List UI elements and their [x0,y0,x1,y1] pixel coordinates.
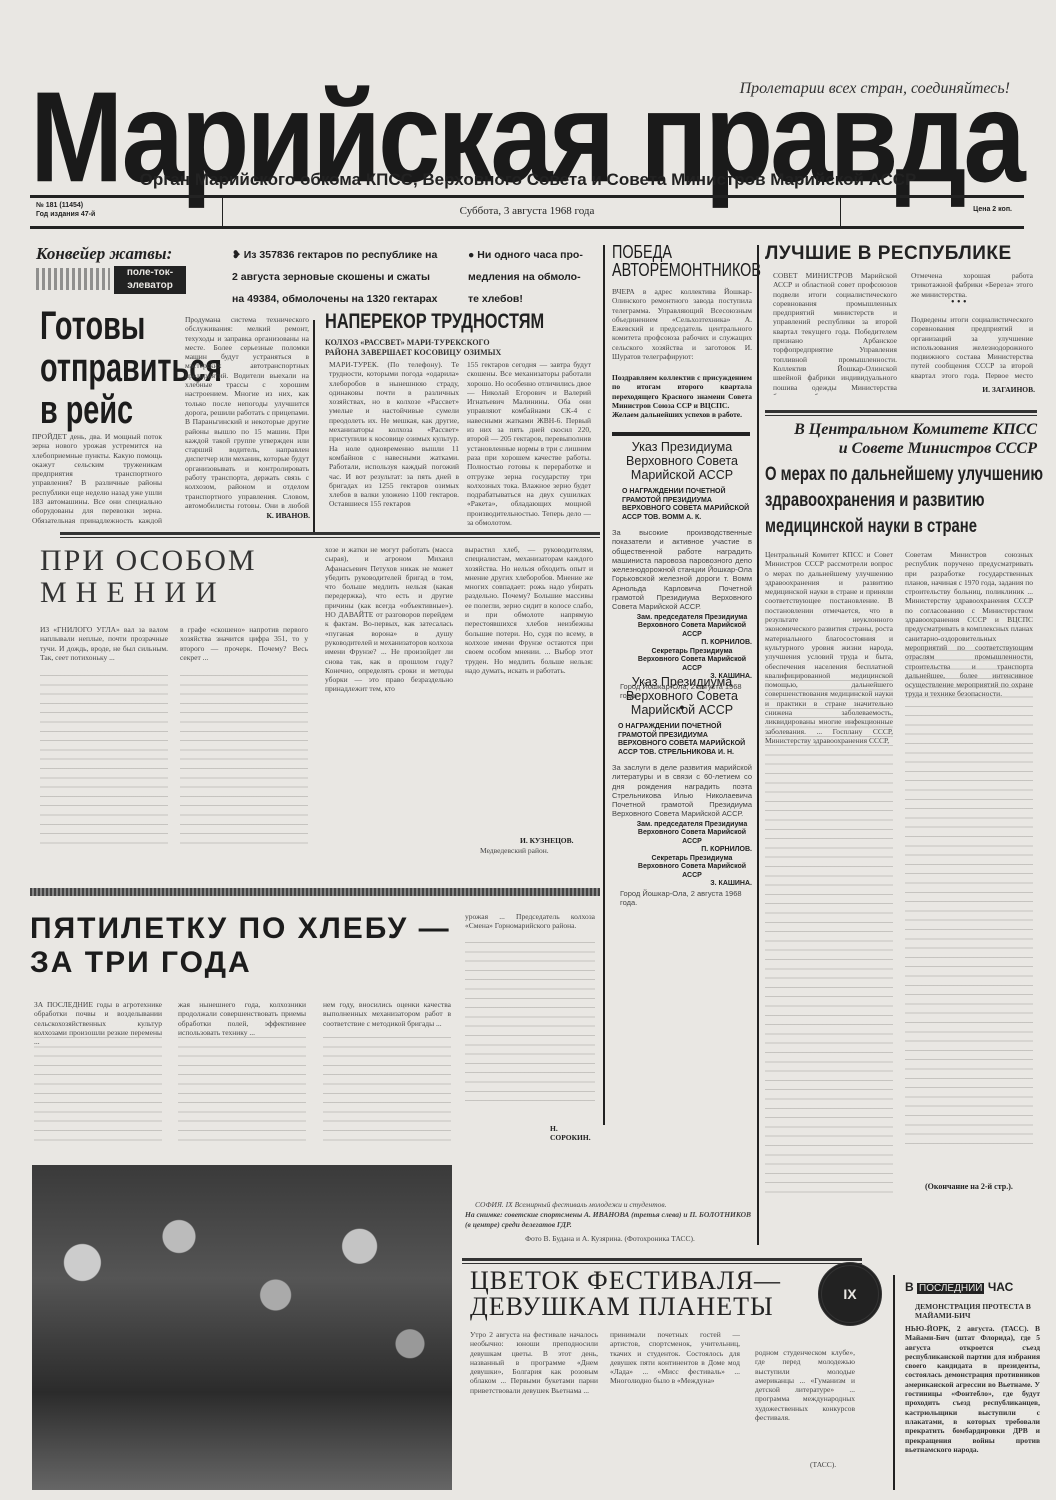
signature-1: Зам. председателя Президиума Верховного … [612,821,752,889]
harvest-slogan: ● Ни одного часа про- медления на обмоло… [468,244,598,310]
article-body: принимали почетных гостей — артистов, сп… [610,1330,740,1470]
harvest-stats: ❥ Из 357836 гектаров по республике на 2 … [232,244,442,310]
masthead-subtitle: Орган Марийского обкома КПСС, Верховного… [0,170,1056,190]
headline: ЛУЧШИЕ В РЕСПУБЛИКЕ [765,243,1035,265]
bullet-icon: ● [468,249,477,261]
article-last-hour: В ПОСЛЕДНИЙ ЧАС ДЕМОНСТРАЦИЯ ПРОТЕСТА В … [905,1280,1040,1474]
article-osobom: ПРИ ОСОБОМ МНЕНИИ ИЗ «ГНИЛОГО УГЛА» вал … [40,545,600,875]
article-tsvetok: ЦВЕТОК ФЕСТИВАЛЯ— ДЕВУШКАМ ПЛАНЕТЫ Утро … [470,1268,860,1488]
signature-1: Зам. председателя Президиума Верховного … [612,614,752,682]
author: Н. СОРОКИН. [550,1124,600,1143]
author: И. КУЗНЕЦОВ. [520,836,574,845]
article-body: ВЧЕРА в адрес коллектива Йошкар-Олинског… [612,287,752,373]
column-divider [603,245,605,1125]
article-body: НЬЮ-ЙОРК, 2 августа. (ТАСС). В Майами-Би… [905,1324,1040,1474]
headline: ДЕМОНСТРАЦИЯ ПРОТЕСТА В МАЙАМИ-БИЧ [915,1302,1040,1320]
author: К. ИВАНОВ. [266,511,310,520]
tass-credit: (ТАСС). [810,1460,836,1469]
author: И. ЗАГАИНОВ. [982,385,1035,394]
divider [462,1258,862,1264]
telegram-quote: Поздравляем коллектив с присуждением по … [612,373,752,410]
dateline-bar: № 181 (11454) Год издания 47-й Суббота, … [30,195,1024,229]
article-cc: В Центральном Комитете КПСС и Совете Мин… [765,420,1037,1210]
article-body: ПРОЙДЕТ день, два. И мощный поток зерна … [32,432,162,524]
article-body: СОВЕТ МИНИСТРОВ Марийской АССР и областн… [773,271,897,395]
closing: Желаем дальнейших успехов в работе. [612,410,752,419]
subheadline: КОЛХОЗ «РАССВЕТ» МАРИ-ТУРЕКСКОГО РАЙОНА … [325,338,525,358]
decree-subtitle: О НАГРАЖДЕНИИ ПОЧЕТНОЙ ГРАМОТОЙ ПРЕЗИДИУ… [618,723,752,757]
festival-emblem-icon: IX [818,1262,882,1326]
section-divider: • • • [951,297,967,308]
article-body: родном студенческом клубе», где перед мо… [755,1348,855,1458]
decree-title: Указ Президиума Верховного Совета Марийс… [612,675,752,717]
author-place: Медведевский район. [480,846,549,855]
decree-strelnikov: Указ Президиума Верховного Совета Марийс… [612,675,752,907]
festival-photo [32,1165,452,1490]
divider [765,410,1037,416]
continued-note: (Окончание на 2-й стр.). [925,1182,1013,1191]
article-naperekor: НАПЕРЕКОР ТРУДНОСТЯМ КОЛХОЗ «РАССВЕТ» МА… [325,310,595,530]
decree-title: Указ Президиума Верховного Совета Марийс… [612,440,752,482]
photo-caption: СОФИЯ. IX Всемирный фестиваль молодежи и… [465,1200,755,1244]
conveyor-banner: Конвейер жатвы: поле-ток- элеватор [36,244,196,298]
kicker: В Центральном Комитете КПСС и Совете Мин… [765,420,1037,458]
divider [30,888,600,896]
headline: ЦВЕТОК ФЕСТИВАЛЯ— ДЕВУШКАМ ПЛАНЕТЫ [470,1268,860,1320]
article-body: Отмечена хорошая работа трикотажной фабр… [911,271,1033,299]
article-gotovy: Готовы отправиться в рейс ПРОЙДЕТ день, … [40,305,300,525]
decree-body: За заслуги в деле развития марийской лит… [612,763,752,819]
bullet-icon: ❥ [232,249,244,261]
article-pyatiletka: ПЯТИЛЕТКУ ПО ХЛЕБУ — ЗА ТРИ ГОДА ЗА ПОСЛ… [30,912,600,1152]
conveyor-label: поле-ток- элеватор [114,266,186,294]
article-body: Подведены итоги социалистического соревн… [911,315,1033,379]
decree-body: За высокие производственные показатели и… [612,528,752,612]
article-body: 155 гектаров сегодня — завтра будут скош… [467,360,591,532]
section-header: В ПОСЛЕДНИЙ ЧАС [905,1280,1040,1294]
headline: ПОБЕДА АВТОРЕМОНТНИКОВ [612,243,724,279]
article-body: Утро 2 августа на фестивале началось нео… [470,1330,598,1470]
column-divider [313,320,315,535]
article-body: МАРИ-ТУРЕК. (По телефону). Те трудности,… [329,360,459,532]
article-luchshie: ЛУЧШИЕ В РЕСПУБЛИКЕ СОВЕТ МИНИСТРОВ Мари… [765,243,1035,408]
decree-subtitle: О НАГРАЖДЕНИИ ПОЧЕТНОЙ ГРАМОТОЙ ПРЕЗИДИУ… [622,488,752,522]
article-body: хозе и жатки не могут работать (масса сы… [325,545,453,860]
headline: НАПЕРЕКОР ТРУДНОСТЯМ [325,310,536,334]
column-divider [757,245,759,1245]
article-pobeda: ПОБЕДА АВТОРЕМОНТНИКОВ ВЧЕРА в адрес кол… [612,243,752,423]
issue-date: Суббота, 3 августа 1968 года [30,205,1024,217]
headline: О мерах по дальнейшему улучшению здравоо… [765,462,977,540]
harvest-illustration-icon [36,268,110,290]
divider [612,432,750,436]
article-body: вырастил хлеб, — руководителям, специали… [465,545,593,835]
decree-vomm: Указ Президиума Верховного Совета Марийс… [612,440,752,712]
conveyor-title: Конвейер жатвы: [36,244,196,264]
place-date: Город Йошкар-Ола, 2 августа 1968 года. [612,889,752,908]
article-body: Продумана система технического обслужива… [185,315,309,509]
price: Цена 2 коп. [973,206,1012,213]
headline: Готовы отправиться в рейс [40,305,141,431]
column-divider [893,1275,895,1490]
divider [60,532,600,538]
slogan: Пролетарии всех стран, соединяйтесь! [740,80,1010,98]
